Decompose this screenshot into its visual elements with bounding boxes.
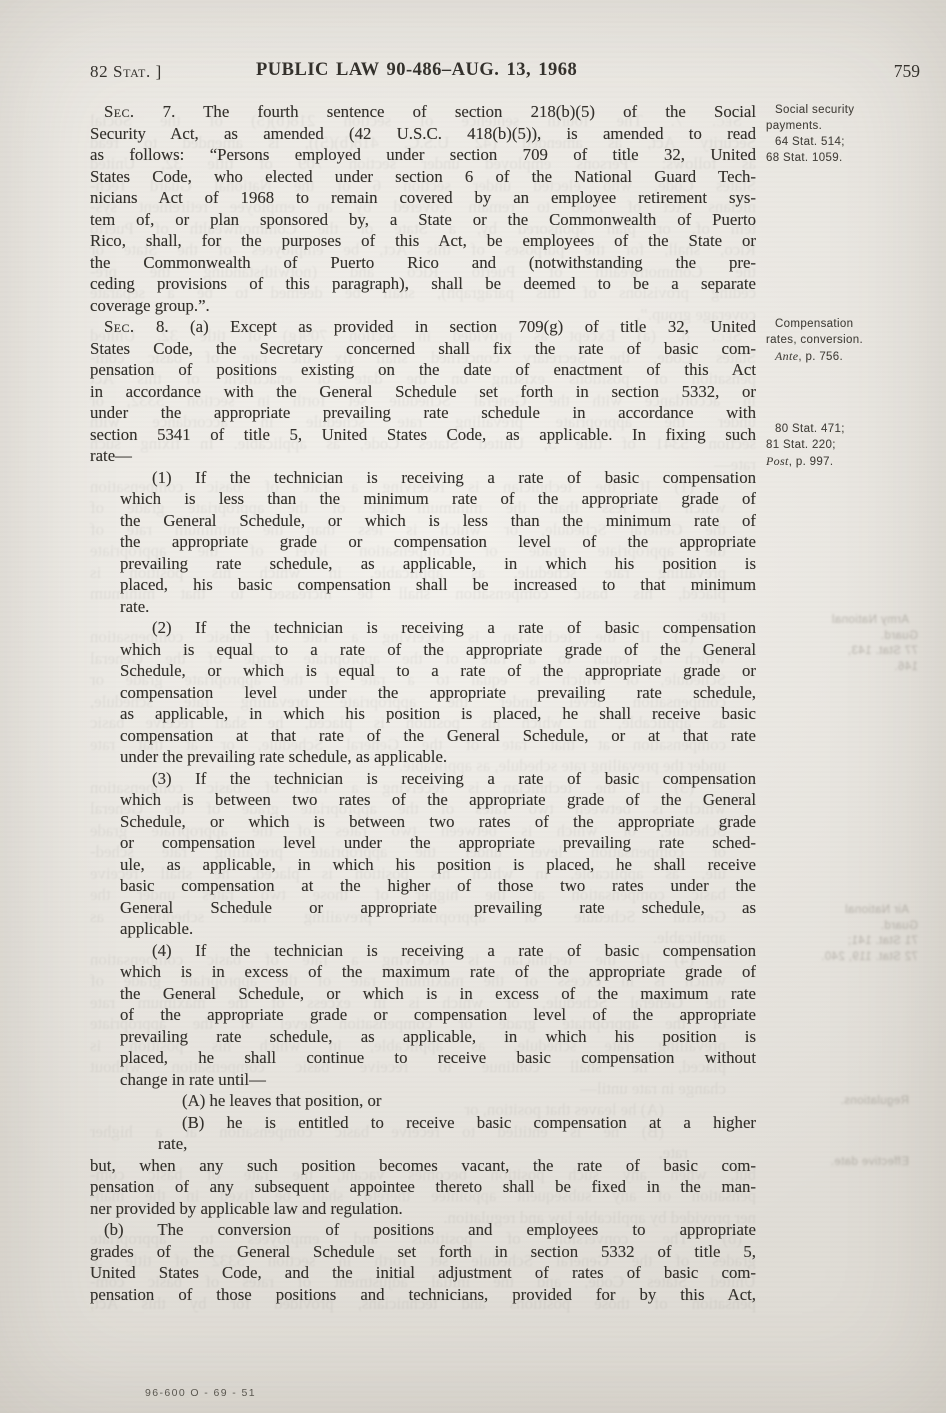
text-line: ule, as applicable, in which his positio… [120,854,756,876]
text-line: tem of, or plan sponsored by, a State or… [90,209,756,231]
text-line: ner provided by applicable law and regul… [90,1198,756,1220]
statute-text-column: Sec. 7. The fourth sentence of section 2… [90,101,756,1305]
margin-note-line: rates, conversion. [766,332,934,348]
clause-3: (3) If the technician is receiving a rat… [90,768,756,940]
clause-4-A: (A) he leaves that position, or [90,1090,756,1112]
text-line: section 5341 of title 5, United States C… [90,424,756,446]
text-line: prevailing rate schedule, as applicable,… [120,553,756,575]
ghost-army-national-guard: Army NationalGuard.77 Stat. 143,146. [760,613,918,675]
text-line: pensation of positions existing on the d… [90,359,756,381]
text-line: which is between two rates of the approp… [120,789,756,811]
ghost-air-national-guard: Air NationalGuard.71 Stat. 141;72 Stat. … [760,903,918,965]
text-line: or compensation level under the appropri… [120,832,756,854]
text-line: rate. [120,596,756,618]
clause-1: (1) If the technician is receiving a rat… [90,467,756,618]
text-line: which is less than the minimum rate of t… [120,488,756,510]
margin-note-line: 80 Stat. 471; [766,421,934,437]
section-label: Sec. [104,102,134,121]
margin-note-line: 81 Stat. 220; [766,437,934,453]
text-line: (A) he leaves that position, or [152,1090,756,1112]
text-line: nicians Act of 1968 to remain covered by… [90,187,756,209]
margin-note-line: 68 Stat. 1059. [766,150,934,166]
text-line: General Schedule or appropriate prevaili… [120,897,756,919]
text-line: the General Schedule, or which is less t… [120,510,756,532]
text-line: States Code, who elected under section 6… [90,166,756,188]
note-stat-citations: 80 Stat. 471;81 Stat. 220;Post, p. 997. [766,421,934,470]
text-line: compensation level under the appropriate… [120,682,756,704]
text-line: rate— [90,445,756,467]
page-header: 82 Stat. ] PUBLIC LAW 90-486–AUG. 13, 19… [90,60,920,86]
sec-8a-closing: but, when any such position becomes vaca… [90,1155,756,1220]
text-line: prevailing rate schedule, as applicable,… [120,1026,756,1048]
text-line: (2) If the technician is receiving a rat… [120,617,756,639]
text-line: Sec. 7. The fourth sentence of section 2… [90,101,756,123]
text-line: under the appropriate prevailing rate sc… [90,402,756,424]
text-line: (B) he is entitled to receive basic comp… [152,1112,756,1134]
text-line: change in rate until— [120,1069,756,1091]
public-law-title: PUBLIC LAW 90-486–AUG. 13, 1968 [256,60,577,81]
text-line: as follows: “Persons employed under sect… [90,144,756,166]
text-line: under the prevailing rate schedule, as a… [120,746,756,768]
printers-mark: 96-600 O - 69 - 51 [145,1387,256,1399]
text-line: the appropriate grade or compensation le… [120,531,756,553]
clause-2: (2) If the technician is receiving a rat… [90,617,756,768]
text-line: which is in excess of the maximum rate o… [120,961,756,983]
text-line: coverage group.”. [90,295,756,317]
ghost-effective-date: Effective date. [760,1155,918,1171]
text-line: (b) The conversion of positions and empl… [90,1219,756,1241]
text-line: basic compensation at the higher of thos… [120,875,756,897]
text-line: compensation at that rate of the General… [120,725,756,747]
text-line: applicable. [120,918,756,940]
text-line: as applicable, in which his position is … [120,703,756,725]
text-line: Rico, shall, for the purposes of this Ac… [90,230,756,252]
margin-note-line: Post, p. 997. [766,453,934,470]
text-line: Sec. 8. (a) Except as provided in sectio… [90,316,756,338]
clause-4-B-continuation: rate, [90,1133,756,1155]
citation-italic: Ante [775,349,798,363]
text-line: rate, [158,1133,756,1155]
text-line: pensation of those positions and technic… [90,1284,756,1306]
text-line: ceding provisions of this paragraph), sh… [90,273,756,295]
note-compensation-rates-conversion: Compensationrates, conversion.Ante, p. 7… [766,316,934,365]
text-line: but, when any such position becomes vaca… [90,1155,756,1177]
ghost-regulations: Regulations. [760,1094,918,1110]
text-line: placed, he shall continue to receive bas… [120,1047,756,1069]
section-label: Sec. [104,317,134,336]
text-line: Schedule, or which is between two rates … [120,811,756,833]
margin-note-line: 64 Stat. 514; [766,134,934,150]
sec-7-paragraph: Sec. 7. The fourth sentence of section 2… [90,101,756,316]
text-line: Schedule, or which is equal to a rate of… [120,660,756,682]
text-line: (3) If the technician is receiving a rat… [120,768,756,790]
text-line: the General Schedule, or which is in exc… [120,983,756,1005]
text-line: of the appropriate grade or compensation… [120,1004,756,1026]
text-line: in accordance with the General Schedule … [90,381,756,403]
citation-italic: Post [766,454,789,468]
clause-4: (4) If the technician is receiving a rat… [90,940,756,1091]
text-line: Security Act, as amended (42 U.S.C. 418(… [90,123,756,145]
text-line: placed, his basic compensation shall be … [120,574,756,596]
margin-note-line: Social security [766,102,934,118]
page-number: 759 [894,61,920,82]
margin-note-line: payments. [766,118,934,134]
note-social-security-payments: Social securitypayments.64 Stat. 514;68 … [766,102,934,166]
text-line: which is equal to a rate of the appropri… [120,639,756,661]
text-line: United States Code, and the initial adju… [90,1262,756,1284]
scanned-statute-page: 82 Stat. ] PUBLIC LAW 90-486–AUG. 13, 19… [0,0,946,1413]
text-line: States Code, the Secretary concerned sha… [90,338,756,360]
margin-note-line: Ante, p. 756. [766,348,934,365]
statute-volume-label: 82 Stat. ] [90,62,162,82]
text-line: grades of the General Schedule set forth… [90,1241,756,1263]
sec-8a-paragraph: Sec. 8. (a) Except as provided in sectio… [90,316,756,467]
sec-8b-paragraph: (b) The conversion of positions and empl… [90,1219,756,1305]
text-line: pensation of any subsequent appointee th… [90,1176,756,1198]
text-line: (4) If the technician is receiving a rat… [120,940,756,962]
text-line: the Commonwealth of Puerto Rico and (not… [90,252,756,274]
text-line: (1) If the technician is receiving a rat… [120,467,756,489]
clause-4-B: (B) he is entitled to receive basic comp… [90,1112,756,1134]
margin-note-line: Compensation [766,316,934,332]
